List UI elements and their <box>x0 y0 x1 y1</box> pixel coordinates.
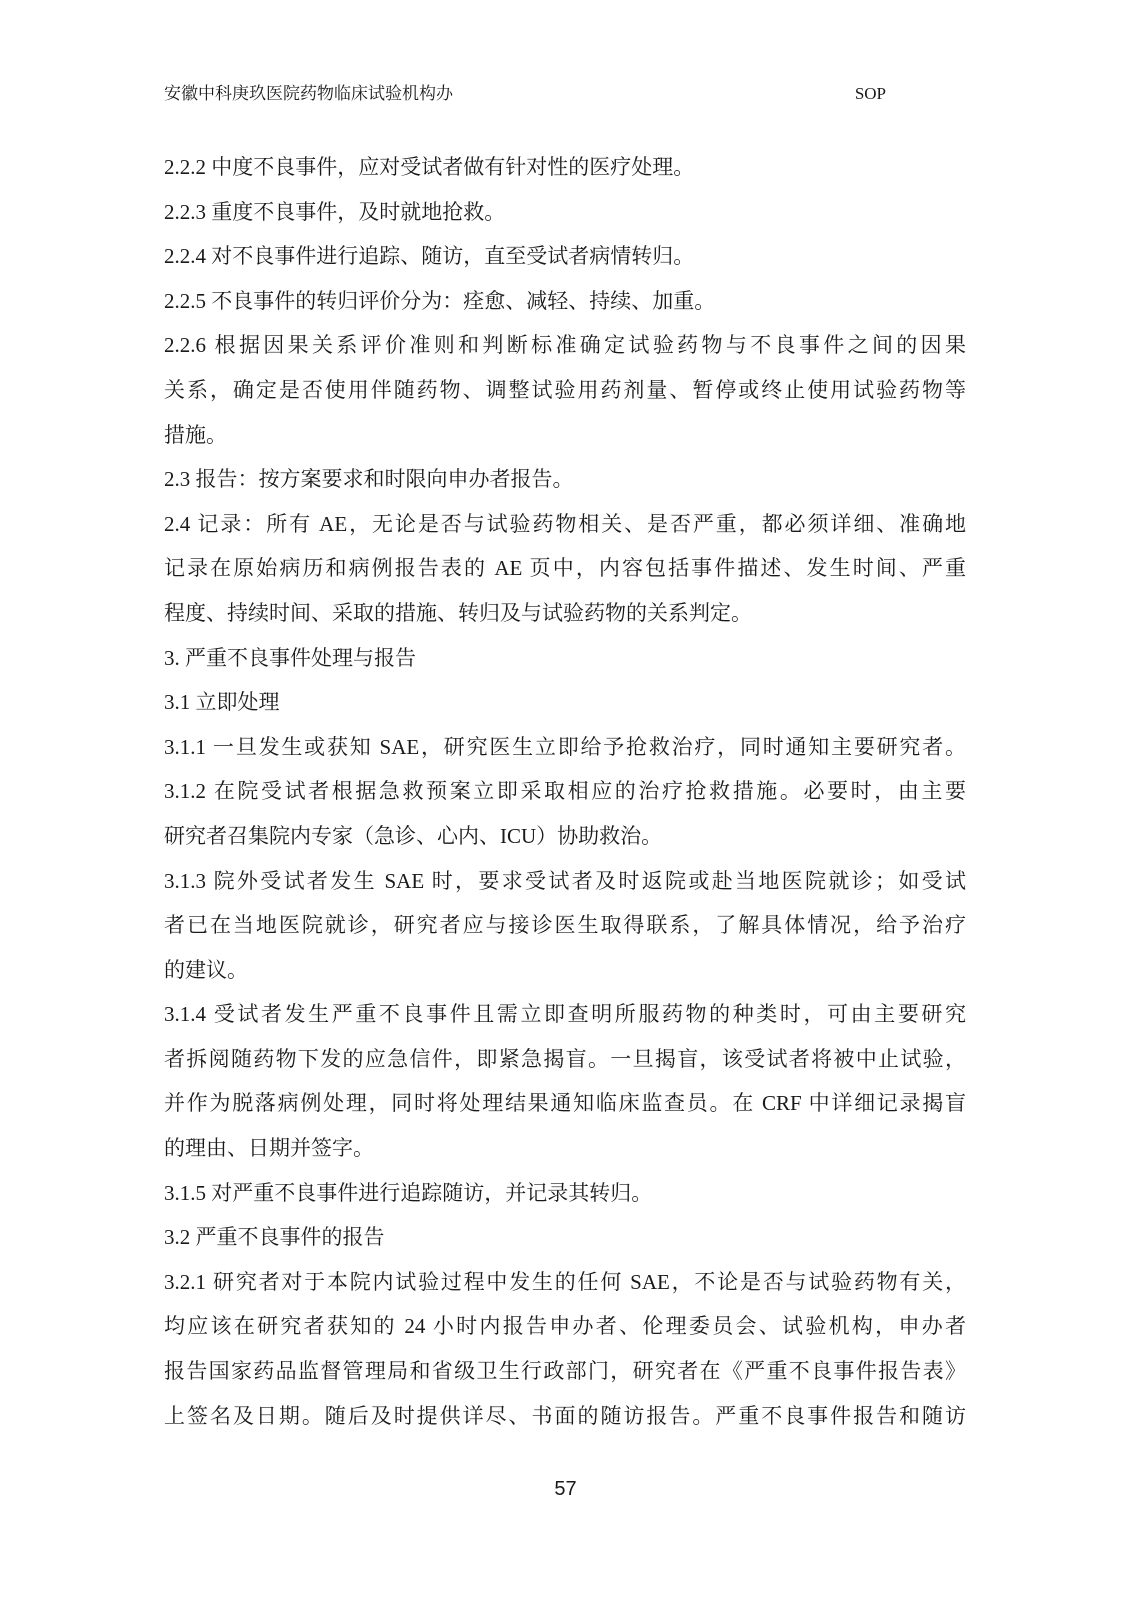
header-sop-label: SOP <box>855 83 886 105</box>
text-line: 3.2 严重不良事件的报告 <box>164 1215 966 1260</box>
document-page: 安徽中科庚玖医院药物临床试验机构办 SOP 2.2.2 中度不良事件，应对受试者… <box>0 0 1131 1600</box>
text-line: 2.3 报告：按方案要求和时限向申办者报告。 <box>164 457 966 502</box>
text-line: 者拆阅随药物下发的应急信件，即紧急揭盲。一旦揭盲，该受试者将被中止试验， <box>164 1037 966 1082</box>
header-organization-text: 安徽中科庚玖医院药物临床试验机构办 <box>164 83 453 105</box>
text-line: 措施。 <box>164 413 966 458</box>
text-line: 2.4 记录：所有 AE，无论是否与试验药物相关、是否严重，都必须详细、准确地 <box>164 502 966 547</box>
document-lines: 2.2.2 中度不良事件，应对受试者做有针对性的医疗处理。2.2.3 重度不良事… <box>164 145 966 1438</box>
text-line: 均应该在研究者获知的 24 小时内报告申办者、伦理委员会、试验机构，申办者 <box>164 1304 966 1349</box>
text-line: 关系，确定是否使用伴随药物、调整试验用药剂量、暂停或终止使用试验药物等 <box>164 368 966 413</box>
text-line: 3.1.2 在院受试者根据急救预案立即采取相应的治疗抢救措施。必要时，由主要 <box>164 769 966 814</box>
text-line: 3.1.1 一旦发生或获知 SAE，研究医生立即给予抢救治疗，同时通知主要研究者… <box>164 725 966 770</box>
page-number: 57 <box>554 1478 576 1500</box>
text-line: 2.2.5 不良事件的转归评价分为：痊愈、减轻、持续、加重。 <box>164 279 966 324</box>
page-footer: 57 <box>0 1476 1131 1502</box>
text-line: 3. 严重不良事件处理与报告 <box>164 636 966 681</box>
text-line: 程度、持续时间、采取的措施、转归及与试验药物的关系判定。 <box>164 591 966 636</box>
text-line: 3.1.3 院外受试者发生 SAE 时，要求受试者及时返院或赴当地医院就诊；如受… <box>164 859 966 904</box>
text-line: 研究者召集院内专家（急诊、心内、ICU）协助救治。 <box>164 814 966 859</box>
text-line: 3.1.4 受试者发生严重不良事件且需立即查明所服药物的种类时，可由主要研究 <box>164 992 966 1037</box>
text-line: 的建议。 <box>164 948 966 993</box>
text-line: 者已在当地医院就诊，研究者应与接诊医生取得联系，了解具体情况，给予治疗 <box>164 903 966 948</box>
text-line: 3.1.5 对严重不良事件进行追踪随访，并记录其转归。 <box>164 1171 966 1216</box>
page-header: 安徽中科庚玖医院药物临床试验机构办 SOP <box>164 83 966 105</box>
text-line: 2.2.6 根据因果关系评价准则和判断标准确定试验药物与不良事件之间的因果 <box>164 323 966 368</box>
text-line: 并作为脱落病例处理，同时将处理结果通知临床监查员。在 CRF 中详细记录揭盲 <box>164 1081 966 1126</box>
text-line: 上签名及日期。随后及时提供详尽、书面的随访报告。严重不良事件报告和随访 <box>164 1394 966 1439</box>
text-line: 2.2.4 对不良事件进行追踪、随访，直至受试者病情转归。 <box>164 234 966 279</box>
text-line: 3.1 立即处理 <box>164 680 966 725</box>
text-line: 报告国家药品监督管理局和省级卫生行政部门，研究者在《严重不良事件报告表》 <box>164 1349 966 1394</box>
text-line: 的理由、日期并签字。 <box>164 1126 966 1171</box>
text-line: 2.2.2 中度不良事件，应对受试者做有针对性的医疗处理。 <box>164 145 966 190</box>
text-line: 记录在原始病历和病例报告表的 AE 页中，内容包括事件描述、发生时间、严重 <box>164 546 966 591</box>
text-line: 2.2.3 重度不良事件，及时就地抢救。 <box>164 190 966 235</box>
text-line: 3.2.1 研究者对于本院内试验过程中发生的任何 SAE，不论是否与试验药物有关… <box>164 1260 966 1305</box>
